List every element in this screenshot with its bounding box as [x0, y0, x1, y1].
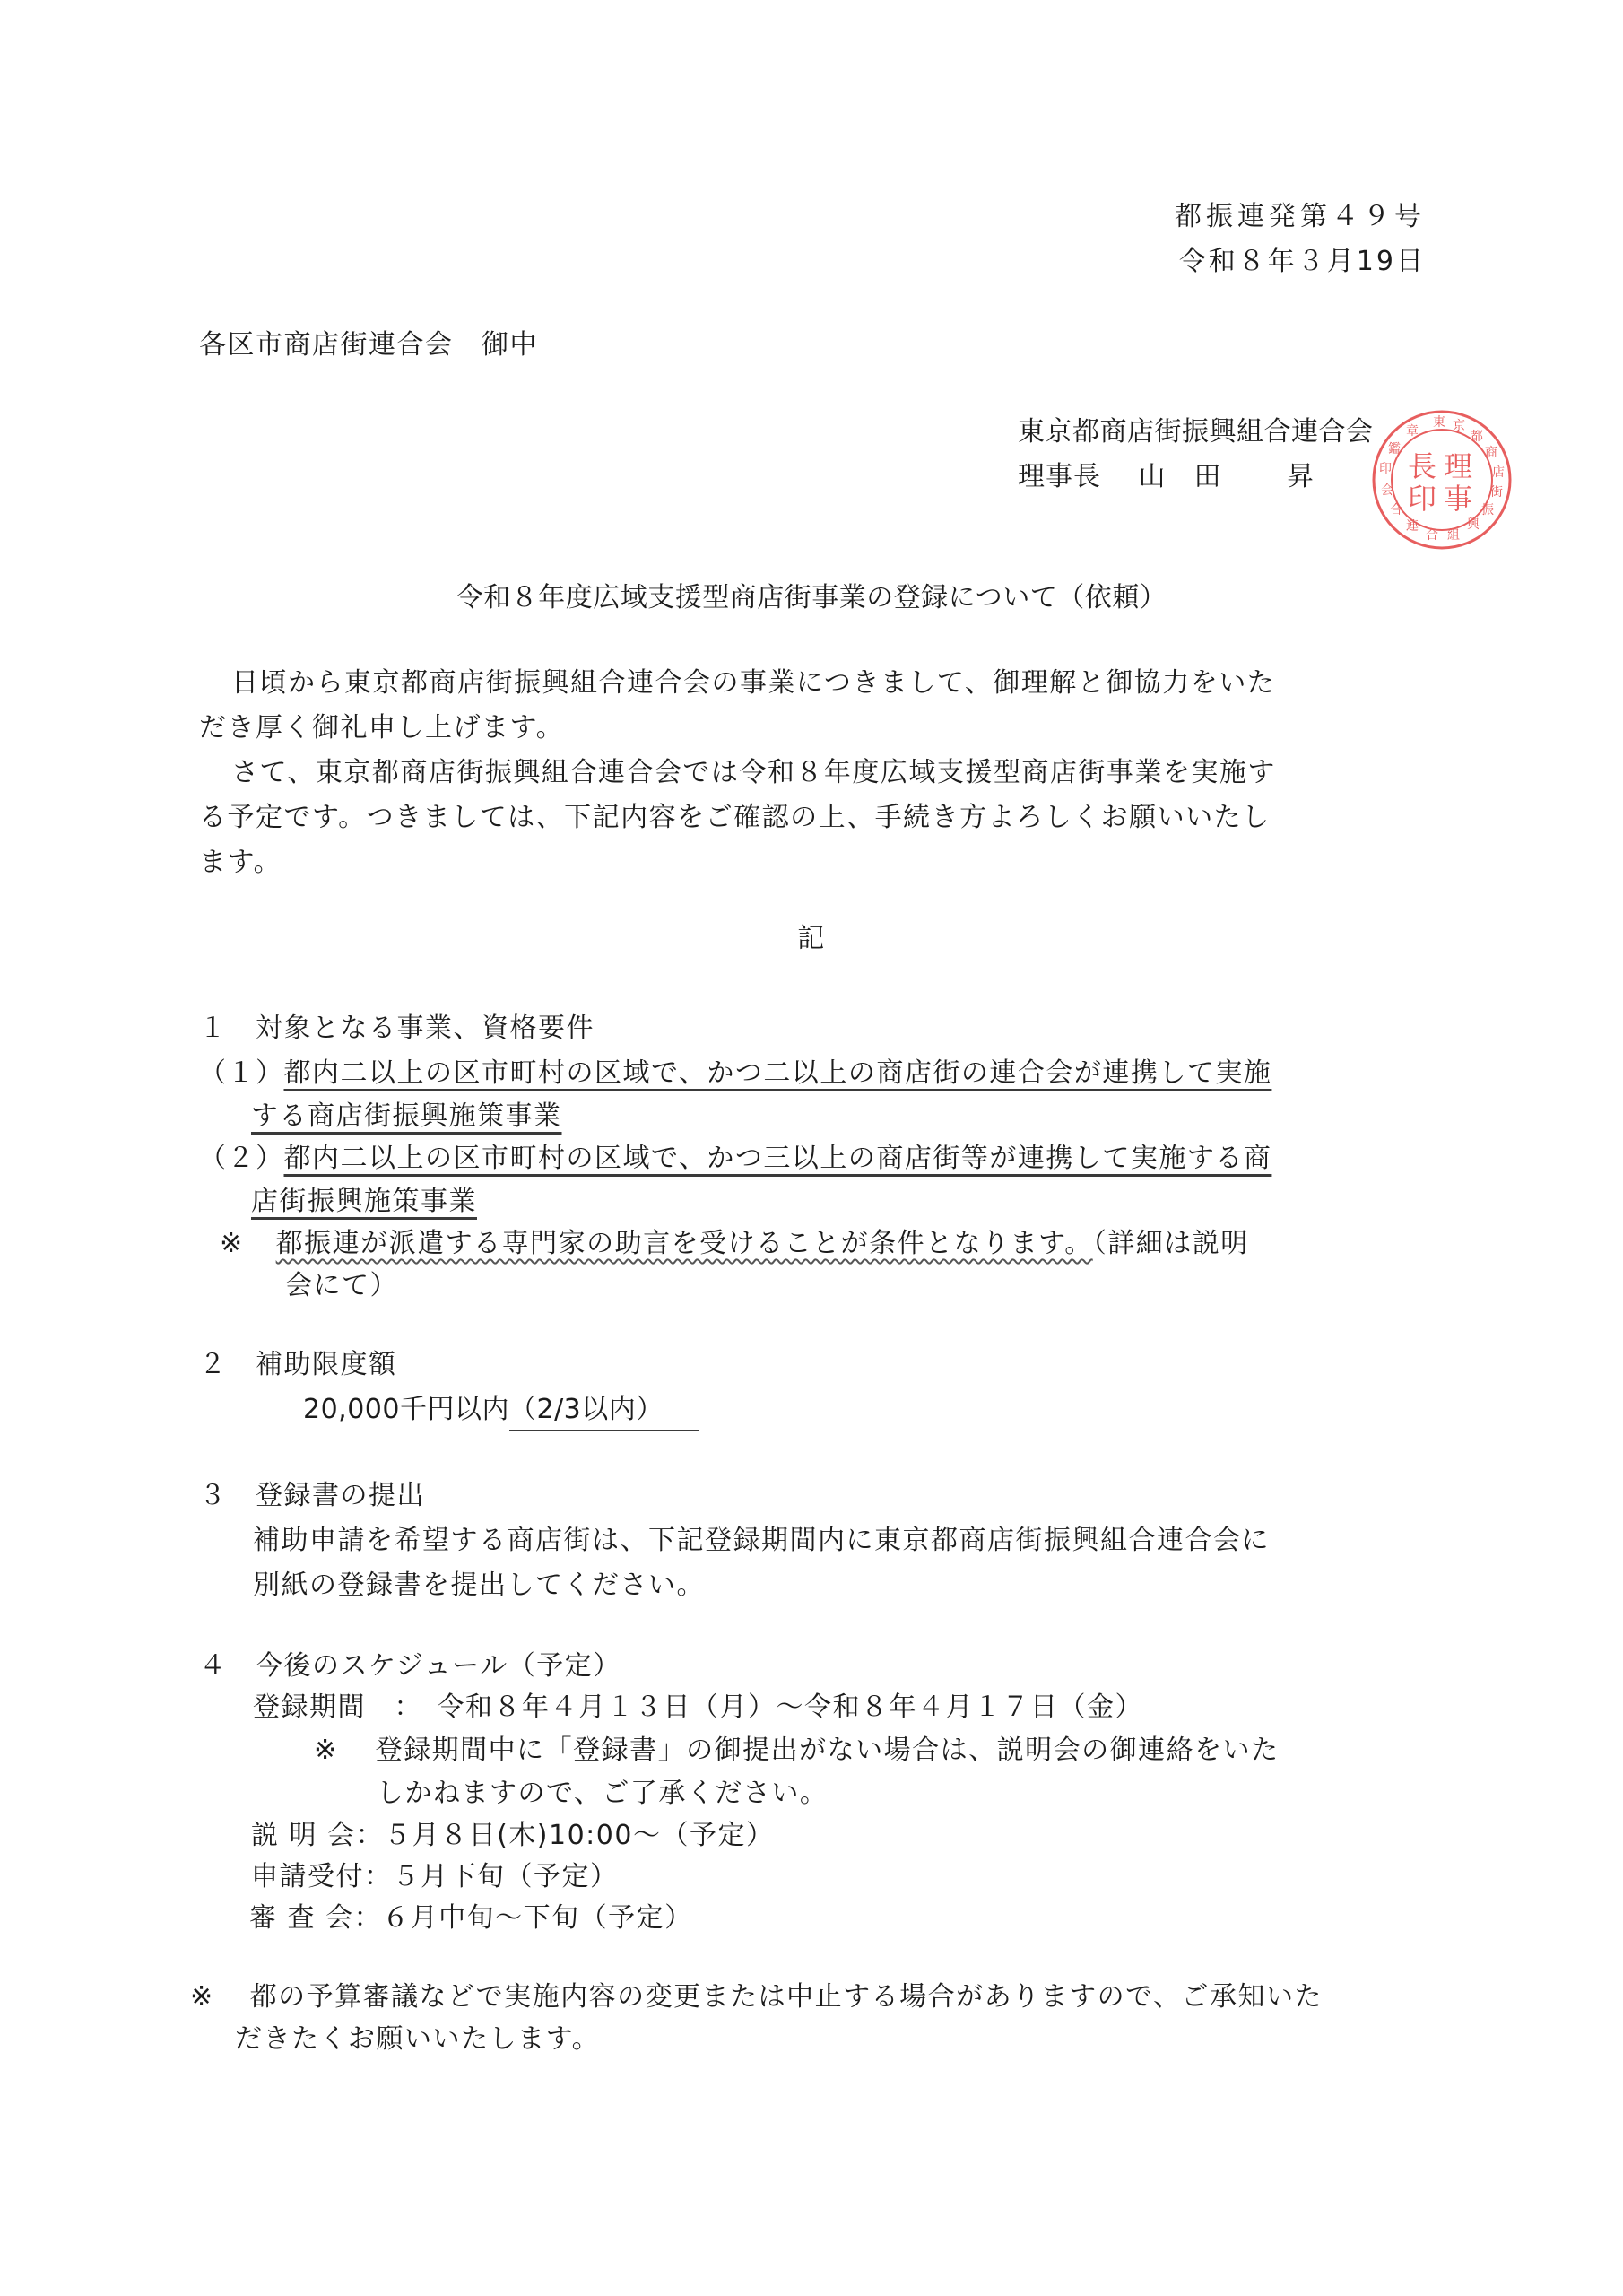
document-title: 令和８年度広域支援型商店街事業の登録について（依頼） — [0, 580, 1623, 616]
section-4-heading: ４ 今後のスケジュール（予定） — [199, 1648, 621, 1684]
item-2-prefix: （２） — [199, 1143, 284, 1174]
schedule-value: ５月下旬（予定） — [393, 1861, 619, 1892]
sender-organization: 東京都商店街振興組合連合会 — [1018, 414, 1374, 450]
schedule-label: 申請受付： — [251, 1861, 393, 1892]
schedule-value: ６月中旬～下旬（予定） — [382, 1902, 693, 1934]
section-1-note-cont: 会にて） — [285, 1268, 398, 1304]
document-date: 令和８年３月19日 — [1179, 244, 1426, 280]
section-1-note: ※都振連が派遣する専門家の助言を受けることが条件となります。（詳細は説明 — [220, 1226, 1249, 1262]
svg-text:事: 事 — [1444, 482, 1472, 516]
svg-text:連: 連 — [1406, 518, 1419, 534]
schedule-label: 審 査 会： — [249, 1902, 382, 1934]
document-page: 都振連発第４９号 令和８年３月19日 各区市商店街連合会 御中 東京都商店街振興… — [0, 0, 1623, 2296]
schedule-label: 説 明 会： — [251, 1820, 384, 1851]
ki-heading: 記 — [0, 921, 1623, 957]
section-3-heading: ３ 登録書の提出 — [199, 1478, 425, 1514]
registration-note: ※登録期間中に「登録書」の御提出がない場合は、説明会の御連絡をいた — [314, 1733, 1280, 1769]
subsidy-ratio: （2/3以内） — [509, 1392, 699, 1431]
footer-note: ※都の予算審議などで実施内容の変更または中止する場合がありますので、ご承知いた — [190, 1979, 1323, 2015]
registration-note-line-1: 登録期間中に「登録書」の御提出がない場合は、説明会の御連絡をいた — [376, 1735, 1280, 1766]
intro-line-1: 日頃から東京都商店街振興組合連合会の事業につきまして、御理解と御協力をいた — [231, 665, 1275, 701]
section-1-item-1-cont: する商店街振興施策事業 — [251, 1099, 562, 1135]
svg-text:街: 街 — [1490, 485, 1503, 500]
svg-text:店: 店 — [1492, 465, 1505, 480]
svg-text:印: 印 — [1408, 482, 1436, 516]
svg-text:組: 組 — [1447, 528, 1460, 543]
footer-note-mark: ※ — [190, 1981, 214, 2013]
note-wavy-text: 都振連が派遣する専門家の助言を受けることが条件となります。 — [276, 1228, 1093, 1259]
subsidy-amount: 20,000千円以内 — [303, 1394, 509, 1425]
sender-title-name: 理事長 山 田 昇 — [1018, 459, 1315, 495]
svg-text:会: 会 — [1381, 483, 1393, 498]
registration-period: 登録期間 ： 令和８年４月１３日（月）～令和８年４月１７日（金） — [253, 1690, 1143, 1726]
item-1-text-line-2: する商店街振興施策事業 — [251, 1100, 562, 1132]
section-1-item-2: （２）都内二以上の区市町村の区域で、かつ三以上の商店街等が連携して実施する商 — [199, 1141, 1271, 1177]
section-1-heading: １ 対象となる事業、資格要件 — [199, 1011, 595, 1047]
footer-note-line-1: 都の予算審議などで実施内容の変更または中止する場合がありますので、ご承知いた — [250, 1981, 1323, 2013]
svg-text:振: 振 — [1481, 502, 1494, 517]
svg-text:長: 長 — [1408, 449, 1436, 483]
svg-text:東: 東 — [1433, 414, 1445, 430]
intro-line-4: る予定です。つきましては、下記内容をご確認の上、手続き方よろしくお願いいたし — [199, 800, 1271, 836]
intro-line-5: ます。 — [199, 845, 282, 881]
svg-text:鑑: 鑑 — [1388, 441, 1401, 457]
svg-text:合: 合 — [1390, 503, 1402, 517]
item-2-text-line-2: 店街振興施策事業 — [251, 1186, 477, 1217]
section-2-heading: ２ 補助限度額 — [199, 1347, 397, 1383]
intro-line-3: さて、東京都商店街振興組合連合会では令和８年度広域支援型商店街事業を実施す — [231, 755, 1276, 791]
schedule-row-application: 申請受付：５月下旬（予定） — [251, 1859, 619, 1895]
item-1-text-line-1: 都内二以上の区市町村の区域で、かつ二以上の商店街の連合会が連携して実施 — [284, 1057, 1272, 1089]
note-mark: ※ — [220, 1228, 244, 1259]
schedule-row-review: 審 査 会：６月中旬～下旬（予定） — [249, 1900, 693, 1936]
registration-note-line-2: しかねますので、ご了承ください。 — [377, 1776, 828, 1812]
footer-note-line-2: だきたくお願いいたします。 — [235, 2022, 600, 2057]
svg-text:興: 興 — [1467, 517, 1480, 532]
schedule-value: ５月８日(木)10:00～（予定） — [384, 1820, 774, 1851]
svg-text:京: 京 — [1453, 419, 1465, 433]
recipient: 各区市商店街連合会 御中 — [199, 327, 538, 363]
svg-text:都: 都 — [1471, 430, 1483, 444]
schedule-row-briefing: 説 明 会：５月８日(木)10:00～（予定） — [251, 1818, 774, 1854]
official-seal-icon: 東 京 都 商 店 街 振 興 組 合 連 合 会 印 鑑 章 理 事 長 印 — [1370, 408, 1514, 552]
section-3-line-1: 補助申請を希望する商店街は、下記登録期間内に東京都商店街振興組合連合会に — [253, 1523, 1270, 1559]
section-3-line-2: 別紙の登録書を提出してください。 — [253, 1568, 705, 1604]
svg-text:合: 合 — [1426, 528, 1438, 543]
item-2-text-line-1: 都内二以上の区市町村の区域で、かつ三以上の商店街等が連携して実施する商 — [284, 1143, 1272, 1174]
svg-text:章: 章 — [1406, 423, 1419, 439]
item-1-prefix: （１） — [199, 1057, 284, 1089]
document-number: 都振連発第４９号 — [1175, 199, 1426, 235]
section-1-item-2-cont: 店街振興施策事業 — [251, 1184, 477, 1220]
svg-text:印: 印 — [1379, 462, 1392, 476]
section-2-amount: 20,000千円以内（2/3以内） — [303, 1392, 699, 1431]
intro-line-2: だき厚く御礼申し上げます。 — [199, 710, 564, 746]
section-1-item-1: （１）都内二以上の区市町村の区域で、かつ二以上の商店街の連合会が連携して実施 — [199, 1056, 1271, 1091]
svg-text:理: 理 — [1444, 449, 1472, 483]
note-rest-text: （詳細は説明 — [1093, 1228, 1249, 1259]
registration-note-mark: ※ — [314, 1735, 338, 1766]
svg-text:商: 商 — [1485, 446, 1497, 460]
